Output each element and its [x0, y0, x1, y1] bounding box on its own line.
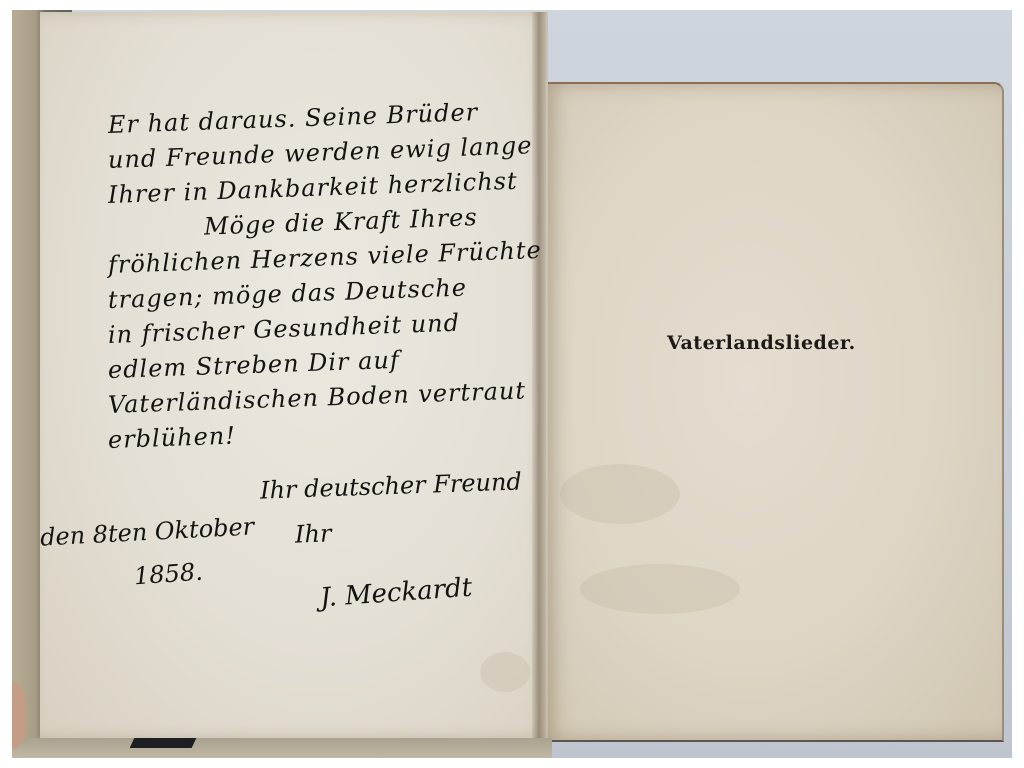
bookmark-ribbon [130, 738, 197, 748]
right-page [540, 82, 1004, 742]
book-cover-bottom [12, 738, 552, 758]
date-year: 1858. [133, 558, 204, 591]
closing-line: Ihr [295, 519, 332, 548]
paper-stain [480, 652, 530, 692]
paper-stain [580, 564, 740, 614]
printed-title: Vaterlandslieder. [667, 332, 856, 354]
paper-stain [560, 464, 680, 524]
handwritten-dedication: Er hat daraus. Seine Brüder und Freunde … [108, 108, 528, 458]
book-gutter [532, 12, 546, 738]
